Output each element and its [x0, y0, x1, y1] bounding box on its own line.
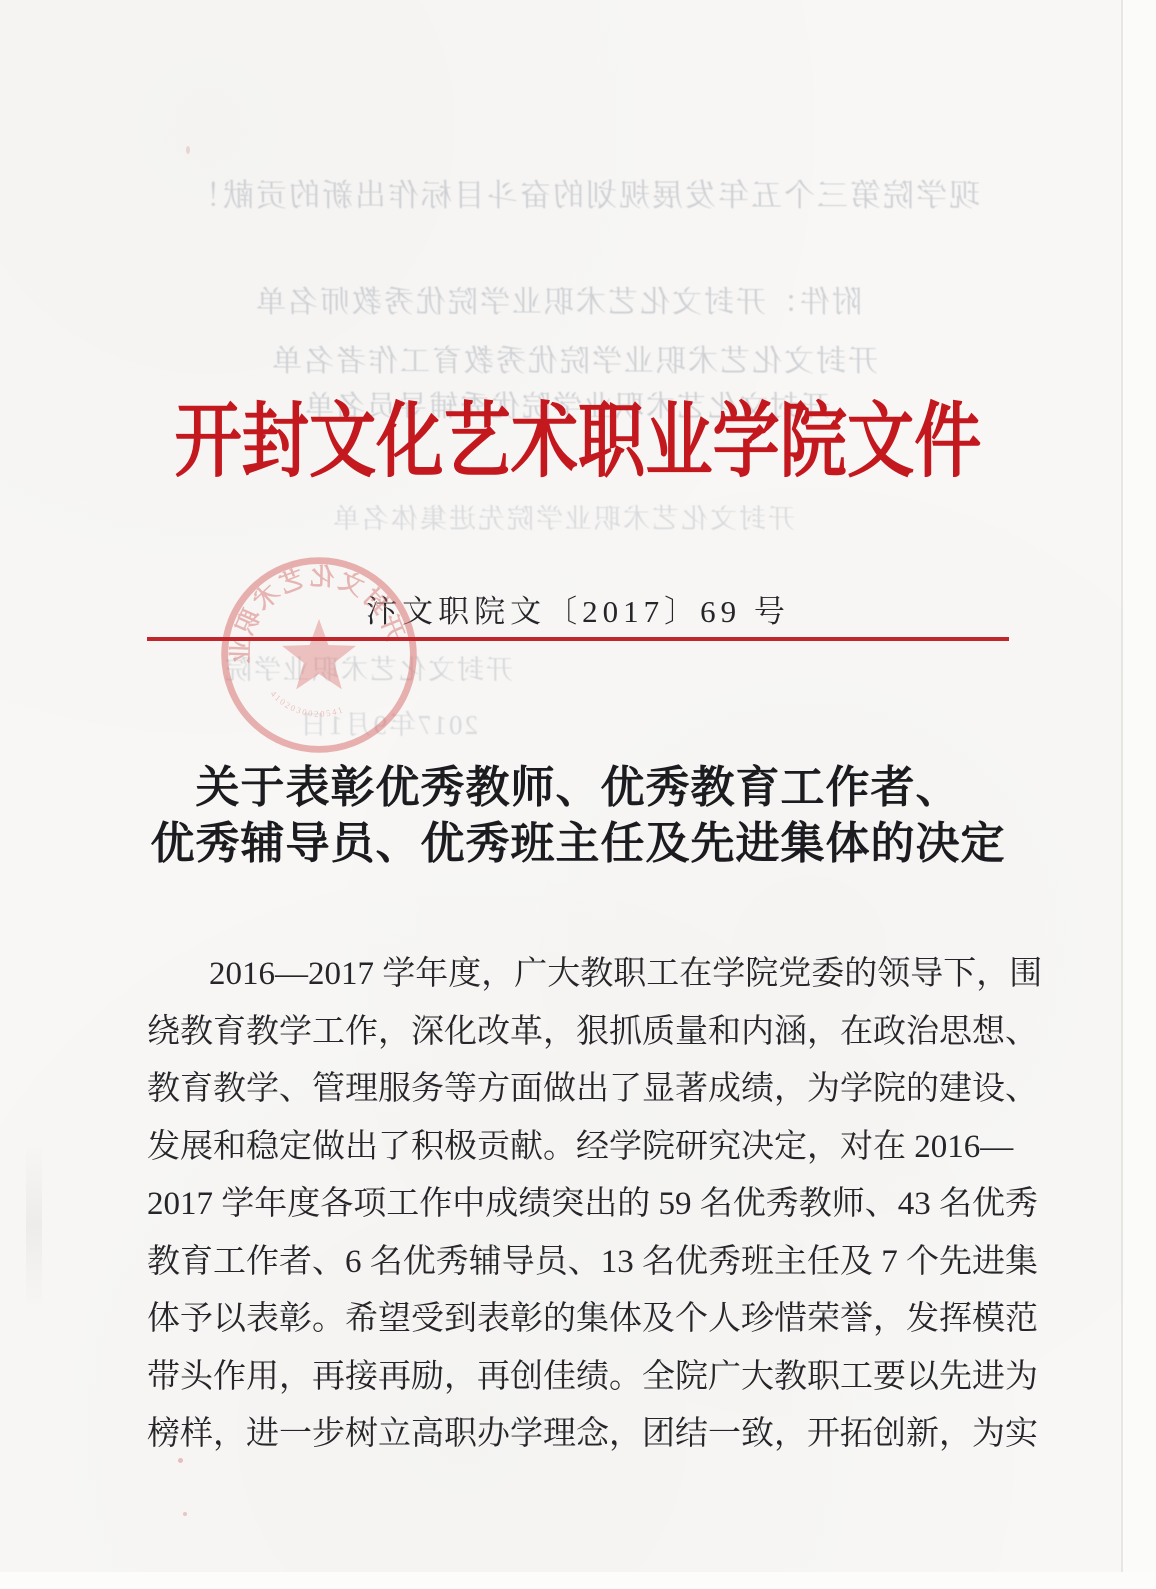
star-icon — [282, 619, 356, 689]
body-line: 发展和稳定做出了积极贡献。经学院研究决定，对在 2016— — [147, 1119, 1013, 1177]
bleedthrough-line: 现学院第三个五年发展规划的奋斗目标作出新的贡献！ — [232, 170, 980, 215]
red-separator-rule — [147, 637, 1009, 641]
scan-artifact — [178, 1458, 183, 1463]
scan-background-strip — [1123, 0, 1156, 1589]
scanned-document-page: 现学院第三个五年发展规划的奋斗目标作出新的贡献！ 附件：开封文化艺术职业学院优秀… — [0, 0, 1156, 1589]
subject-line-2: 优秀辅导员、优秀班主任及先进集体的决定 — [0, 816, 1156, 872]
subject-line-1: 关于表彰优秀教师、优秀教育工作者、 — [0, 760, 1156, 816]
body-line: 2017 学年度各项工作中成绩突出的 59 名优秀教师、43 名优秀 — [147, 1176, 1013, 1234]
bleedthrough-line: 附件：开封文化艺术职业学院优秀教师名单 — [302, 277, 862, 321]
official-seal-stamp: 开封文化艺术职业学院 4102030020541 — [212, 548, 426, 762]
bleedthrough-line: 开封文化艺术职业学院先进集体名单 — [375, 497, 795, 536]
scan-artifact — [26, 1140, 42, 1310]
body-line: 教育教学、管理服务等方面做出了显著成绩，为学院的建设、 — [147, 1061, 1013, 1119]
scan-bottom-strip — [0, 1572, 1156, 1589]
bleedthrough-line: 开封文化艺术职业学院优秀教育工作者名单 — [258, 336, 878, 380]
body-line: 2016—2017 学年度，广大教职工在学院党委的领导下，围 — [147, 946, 1013, 1004]
seal-serial: 4102030020541 — [269, 689, 346, 719]
body-line: 带头作用，再接再励，再创佳绩。全院广大教职工要以先进为 — [147, 1349, 1013, 1407]
document-masthead-title: 开封文化艺术职业学院文件 — [104, 394, 1052, 491]
body-line: 绕教育教学工作，深化改革，狠抓质量和内涵，在政治思想、 — [147, 1004, 1013, 1062]
document-subject-title: 关于表彰优秀教师、优秀教育工作者、 优秀辅导员、优秀班主任及先进集体的决定 — [0, 760, 1156, 872]
scan-artifact — [183, 1512, 187, 1516]
document-number: 汴文职院文〔2017〕69 号 — [0, 592, 1156, 632]
scan-artifact — [186, 146, 190, 154]
document-body: 2016—2017 学年度，广大教职工在学院党委的领导下，围 绕教育教学工作，深… — [147, 946, 1013, 1464]
body-line: 教育工作者、6 名优秀辅导员、13 名优秀班主任及 7 个先进集 — [147, 1234, 1013, 1292]
body-line: 体予以表彰。希望受到表彰的集体及个人珍惜荣誉，发挥模范 — [147, 1291, 1013, 1349]
body-line: 榜样，进一步树立高职办学理念，团结一致，开拓创新，为实 — [147, 1406, 1013, 1464]
